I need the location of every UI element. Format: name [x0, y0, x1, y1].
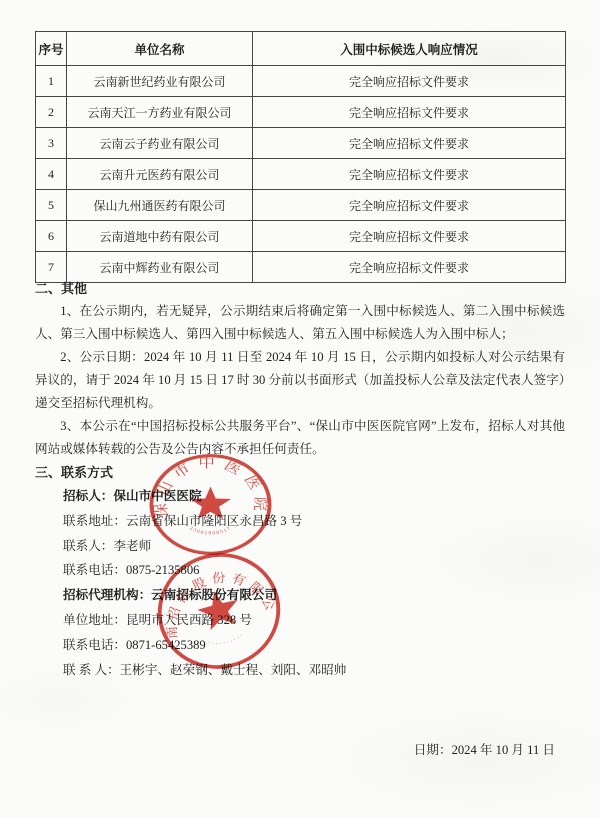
section-heading-other: 二、其他: [35, 277, 565, 300]
cell-index: 5: [36, 190, 67, 221]
cell-company: 云南道地中药有限公司: [67, 221, 253, 252]
table-row: 1 云南新世纪药业有限公司 完全响应招标文件要求: [36, 66, 566, 97]
col-header-index: 序号: [36, 32, 67, 66]
contact-line: 联系电话：0875-2135806: [35, 558, 565, 583]
table-row: 6 云南道地中药有限公司 完全响应招标文件要求: [36, 221, 566, 252]
contact-lines: 招标人：保山市中医医院 联系地址：云南省保山市隆阳区永昌路 3 号 联系人：李老…: [35, 484, 565, 682]
cell-index: 6: [36, 221, 67, 252]
contact-line: 单位地址：昆明市人民西路 328 号: [35, 608, 565, 633]
table-row: 2 云南天江一方药业有限公司 完全响应招标文件要求: [36, 97, 566, 128]
col-header-response: 入围中标候选人响应情况: [253, 32, 566, 66]
cell-response: 完全响应招标文件要求: [253, 221, 566, 252]
paragraph: 2、公示日期：2024 年 10 月 11 日至 2024 年 10 月 15 …: [35, 346, 565, 415]
contact-line: 联系电话：0871-65425389: [35, 633, 565, 658]
cell-response: 完全响应招标文件要求: [253, 97, 566, 128]
bidder-response-table: 序号 单位名称 入围中标候选人响应情况 1 云南新世纪药业有限公司 完全响应招标…: [35, 31, 566, 283]
col-header-company: 单位名称: [67, 32, 253, 66]
cell-response: 完全响应招标文件要求: [253, 66, 566, 97]
contact-line: 联系地址：云南省保山市隆阳区永昌路 3 号: [35, 509, 565, 534]
cell-response: 完全响应招标文件要求: [253, 128, 566, 159]
section-heading-contact: 三、联系方式: [35, 461, 565, 484]
cell-index: 4: [36, 159, 67, 190]
table-row: 4 云南升元医药有限公司 完全响应招标文件要求: [36, 159, 566, 190]
table-row: 5 保山九州通医药有限公司 完全响应招标文件要求: [36, 190, 566, 221]
other-paragraphs: 1、在公示期内，若无疑异，公示期结束后将确定第一入围中标候选人、第二入围中标候选…: [35, 300, 565, 461]
table-body: 1 云南新世纪药业有限公司 完全响应招标文件要求 2 云南天江一方药业有限公司 …: [36, 66, 566, 283]
cell-company: 云南新世纪药业有限公司: [67, 66, 253, 97]
cell-company: 云南云子药业有限公司: [67, 128, 253, 159]
table-header-row: 序号 单位名称 入围中标候选人响应情况: [36, 32, 566, 66]
contact-line: 联系人：李老师: [35, 534, 565, 559]
cell-index: 3: [36, 128, 67, 159]
publish-date: 日期：2024 年 10 月 11 日: [414, 739, 555, 758]
paragraph: 1、在公示期内，若无疑异，公示期结束后将确定第一入围中标候选人、第二入围中标候选…: [35, 300, 565, 346]
contact-line: 招标人：保山市中医医院: [35, 484, 565, 509]
cell-company: 保山九州通医药有限公司: [67, 190, 253, 221]
cell-company: 云南升元医药有限公司: [67, 159, 253, 190]
contact-line: 招标代理机构：云南招标股份有限公司: [35, 583, 565, 608]
cell-response: 完全响应招标文件要求: [253, 190, 566, 221]
cell-index: 2: [36, 97, 67, 128]
scanned-announcement-page: { "document": { "background_color": "#fb…: [0, 0, 600, 818]
contact-line: 联 系 人：王彬宇、赵荣钢、戴士程、刘阳、邓昭帅: [35, 658, 565, 683]
table-row: 3 云南云子药业有限公司 完全响应招标文件要求: [36, 128, 566, 159]
cell-company: 云南天江一方药业有限公司: [67, 97, 253, 128]
paragraph: 3、本公示在“中国招标投标公共服务平台”、“保山市中医医院官网”上发布，招标人对…: [35, 415, 565, 461]
document-body: 二、其他 1、在公示期内，若无疑异，公示期结束后将确定第一入围中标候选人、第二入…: [35, 277, 565, 682]
cell-response: 完全响应招标文件要求: [253, 159, 566, 190]
cell-index: 1: [36, 66, 67, 97]
